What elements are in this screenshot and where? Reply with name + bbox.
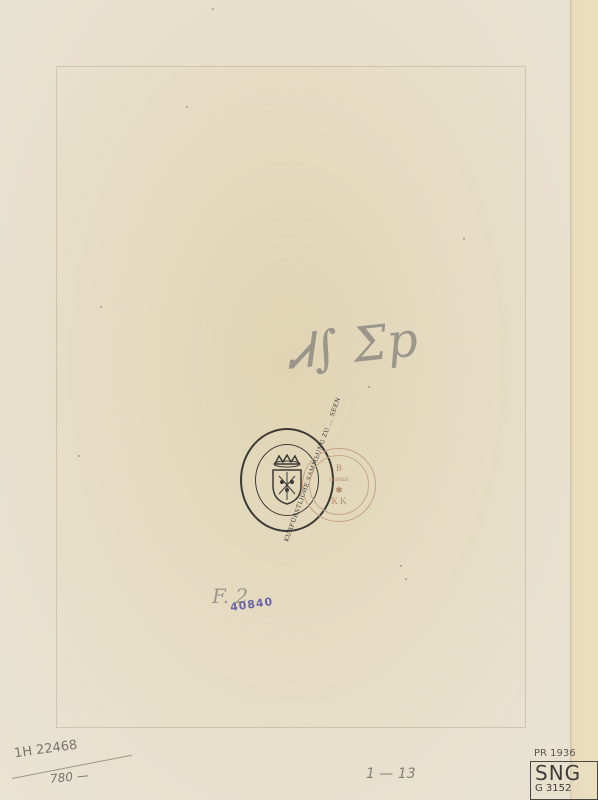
sng-logo: SNG xyxy=(535,763,593,783)
sng-pr-note: PR 1936 xyxy=(530,748,598,759)
foxing-speck xyxy=(368,386,370,388)
sng-box: SNG G 3152 xyxy=(530,761,598,800)
mount-strip xyxy=(570,0,598,800)
plate-mark xyxy=(56,66,526,728)
brown-stamp-middle: ıııııııııı xyxy=(329,474,348,485)
foxing-speck xyxy=(100,306,102,308)
brown-stamp-bottom: K K xyxy=(331,496,346,507)
foxing-speck xyxy=(212,8,214,10)
foxing-speck xyxy=(78,455,80,457)
foxing-speck xyxy=(186,106,188,108)
sng-number: G 3152 xyxy=(535,783,593,795)
star-icon: ✱ xyxy=(335,485,343,496)
foxing-speck xyxy=(463,238,465,240)
page-range-note: 1 — 13 xyxy=(366,766,416,782)
brown-stamp-top: B xyxy=(336,463,342,474)
collector-stamp-brown: B ıııııııııı ✱ K K xyxy=(302,448,376,522)
sng-stamp: PR 1936 SNG G 3152 xyxy=(530,748,598,800)
foxing-speck xyxy=(400,565,402,567)
foxing-speck xyxy=(405,578,407,580)
